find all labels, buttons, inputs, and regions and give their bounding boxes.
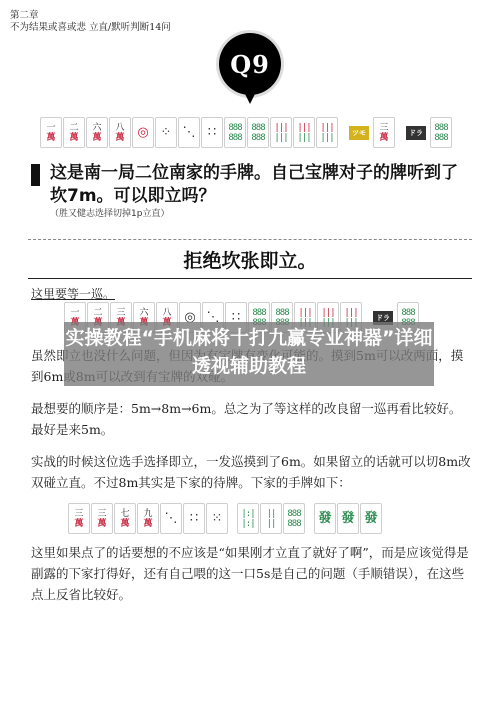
tile-pin-2-icon: ⁘ [155, 117, 177, 148]
paragraph-2: 最想要的顺序是：5m→8m→6m。总之为了等这样的改良留一巡再看比较好。最好是来… [31, 398, 471, 440]
tile-man-6: 六萬 [86, 117, 108, 148]
hand-tiles-question: 一萬 二萬 六萬 八萬 ◎ ⁘ ⋱ ∷ 888888 888888 ||||||… [40, 117, 453, 148]
chapter-subtitle: 不为结果或喜或悲 立直/默听判断14问 [10, 22, 171, 34]
tile-man-1: 一萬 [40, 117, 62, 148]
answer-title: 拒绝坎张即立。 [0, 246, 500, 273]
tile-sou-4-icon: |||| [260, 503, 282, 534]
solid-divider [28, 278, 472, 279]
tsumo-tile-man-3: 三萬 [373, 117, 395, 148]
tile-man-8: 八萬 [109, 117, 131, 148]
tile-pin-4-icon: ∷ [183, 503, 205, 534]
tile-sou-8-icon: 888888 [247, 117, 269, 148]
tile-sou-9-icon: |||||| [293, 117, 315, 148]
tile-pin-1-icon: ◎ [132, 117, 154, 148]
question-block: 这是南一局二位南家的手牌。自己宝牌对子的牌听到了坎7m。可以即立吗？ （胜又健志… [31, 162, 471, 220]
question-marker [31, 164, 40, 186]
tile-man-9: 九萬 [137, 503, 159, 534]
question-number: Q9 [230, 50, 270, 79]
tile-sou-9-icon: |||||| [270, 117, 292, 148]
tile-man-2: 二萬 [63, 117, 85, 148]
tile-pin-5-icon: ⁙ [206, 503, 228, 534]
hand-tiles-shimocha: 三萬 三萬 七萬 九萬 ⋱ ∷ ⁙ |:||:| |||| 888888 發 發… [68, 503, 383, 534]
tile-hatsu-icon: 發 [337, 503, 359, 534]
question-title: 这是南一局二位南家的手牌。自己宝牌对子的牌听到了坎7m。可以即立吗？ [50, 162, 471, 208]
tile-man-3: 三萬 [68, 503, 90, 534]
paragraph-4: 这里如果点了的话要想的不应该是“如果刚才立直了就好了啊”，而是应该觉得是副露的下… [31, 542, 471, 605]
tile-man-7: 七萬 [114, 503, 136, 534]
tile-hatsu-icon: 發 [360, 503, 382, 534]
tile-man-3: 三萬 [91, 503, 113, 534]
tsumo-tag: ツモ [349, 126, 369, 140]
section-heading: 这里要等一巡。 [31, 285, 115, 302]
chapter-header: 第二章 不为结果或喜或悲 立直/默听判断14问 [10, 10, 171, 34]
dora-tile-sou-8-icon: 888888 [430, 117, 452, 148]
watermark-text: 实操教程“手机麻将十打九赢专业神器”详细透视辅助教程 [64, 324, 434, 380]
tile-pin-4-icon: ∷ [201, 117, 223, 148]
question-note: （胜又健志选择切掉1p立直） [50, 208, 471, 220]
dashed-divider [28, 239, 472, 240]
tile-hatsu-icon: 發 [314, 503, 336, 534]
tile-sou-6-icon: 888888 [283, 503, 305, 534]
chapter-title: 第二章 [10, 10, 171, 22]
dora-tag: ドラ [406, 126, 426, 140]
tile-sou-5-icon: |:||:| [237, 503, 259, 534]
tile-pin-3-icon: ⋱ [178, 117, 200, 148]
paragraph-3: 实战的时候这位选手选择即立，一发巡摸到了6m。如果留立的话就可以切8m改双碰立直… [31, 451, 471, 493]
tile-sou-9-icon: |||||| [316, 117, 338, 148]
tile-pin-3-icon: ⋱ [160, 503, 182, 534]
question-number-badge: Q9 [219, 33, 281, 95]
tile-sou-8-icon: 888888 [224, 117, 246, 148]
